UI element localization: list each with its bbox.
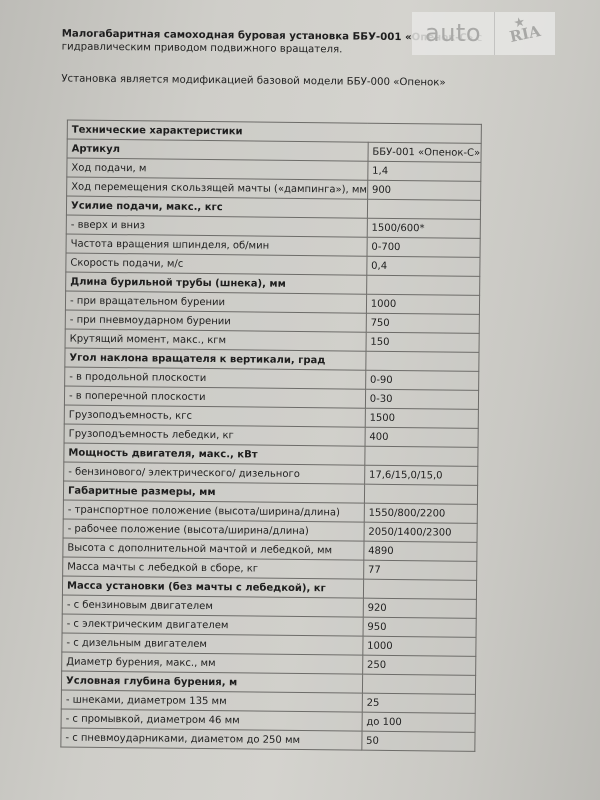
spec-value: 25 xyxy=(362,693,475,713)
spec-value: 1500/600* xyxy=(367,218,480,238)
spec-value xyxy=(366,275,479,295)
spec-value: 1500 xyxy=(365,408,478,428)
spec-value: 150 xyxy=(366,332,479,352)
spec-label: - с пневмоударниками, диаметом до 250 мм xyxy=(61,728,362,750)
spec-table: Технические характеристики АртикулББУ-00… xyxy=(60,120,481,752)
spec-value: 50 xyxy=(362,731,475,751)
document-page: Малогабаритная самоходная буровая устано… xyxy=(0,0,600,800)
spec-value: 4890 xyxy=(364,541,477,561)
spec-value xyxy=(364,484,477,504)
spec-value: 77 xyxy=(363,560,476,580)
spec-value: 920 xyxy=(363,598,476,618)
spec-value: до 100 xyxy=(362,712,475,732)
spec-value xyxy=(363,579,476,599)
spec-value xyxy=(365,446,478,466)
spec-value: 2050/1400/2300 xyxy=(364,522,477,542)
star-icon: ★ xyxy=(513,15,525,30)
spec-value: 0-90 xyxy=(365,370,478,390)
spec-value xyxy=(362,674,475,694)
watermark-auto-text: auto xyxy=(412,12,495,55)
spec-value: 0,4 xyxy=(367,256,480,276)
spec-value: 0-30 xyxy=(365,389,478,409)
watermark-ria: ★ RIA xyxy=(494,18,556,48)
spec-value: 250 xyxy=(362,655,475,675)
spec-value: 1000 xyxy=(366,294,479,314)
spec-value: 0-700 xyxy=(367,237,480,257)
spec-value: 1000 xyxy=(363,636,476,656)
spec-value xyxy=(367,199,480,219)
spec-value: 1,4 xyxy=(368,161,481,181)
spec-row: - с пневмоударниками, диаметом до 250 мм… xyxy=(61,728,475,751)
model-note: Установка является модификацией базовой … xyxy=(61,72,531,90)
spec-value: 1550/800/2200 xyxy=(364,503,477,523)
autoria-watermark: auto ★ RIA xyxy=(412,12,555,55)
spec-value: 400 xyxy=(365,427,478,447)
spec-value: 750 xyxy=(366,313,479,333)
spec-value xyxy=(366,351,479,371)
spec-value: 950 xyxy=(363,617,476,637)
spec-value: 17,6/15,0/15,0 xyxy=(364,465,477,485)
spec-value: 900 xyxy=(367,180,480,200)
spec-value: ББУ-001 «Опенок-С» xyxy=(368,142,481,162)
